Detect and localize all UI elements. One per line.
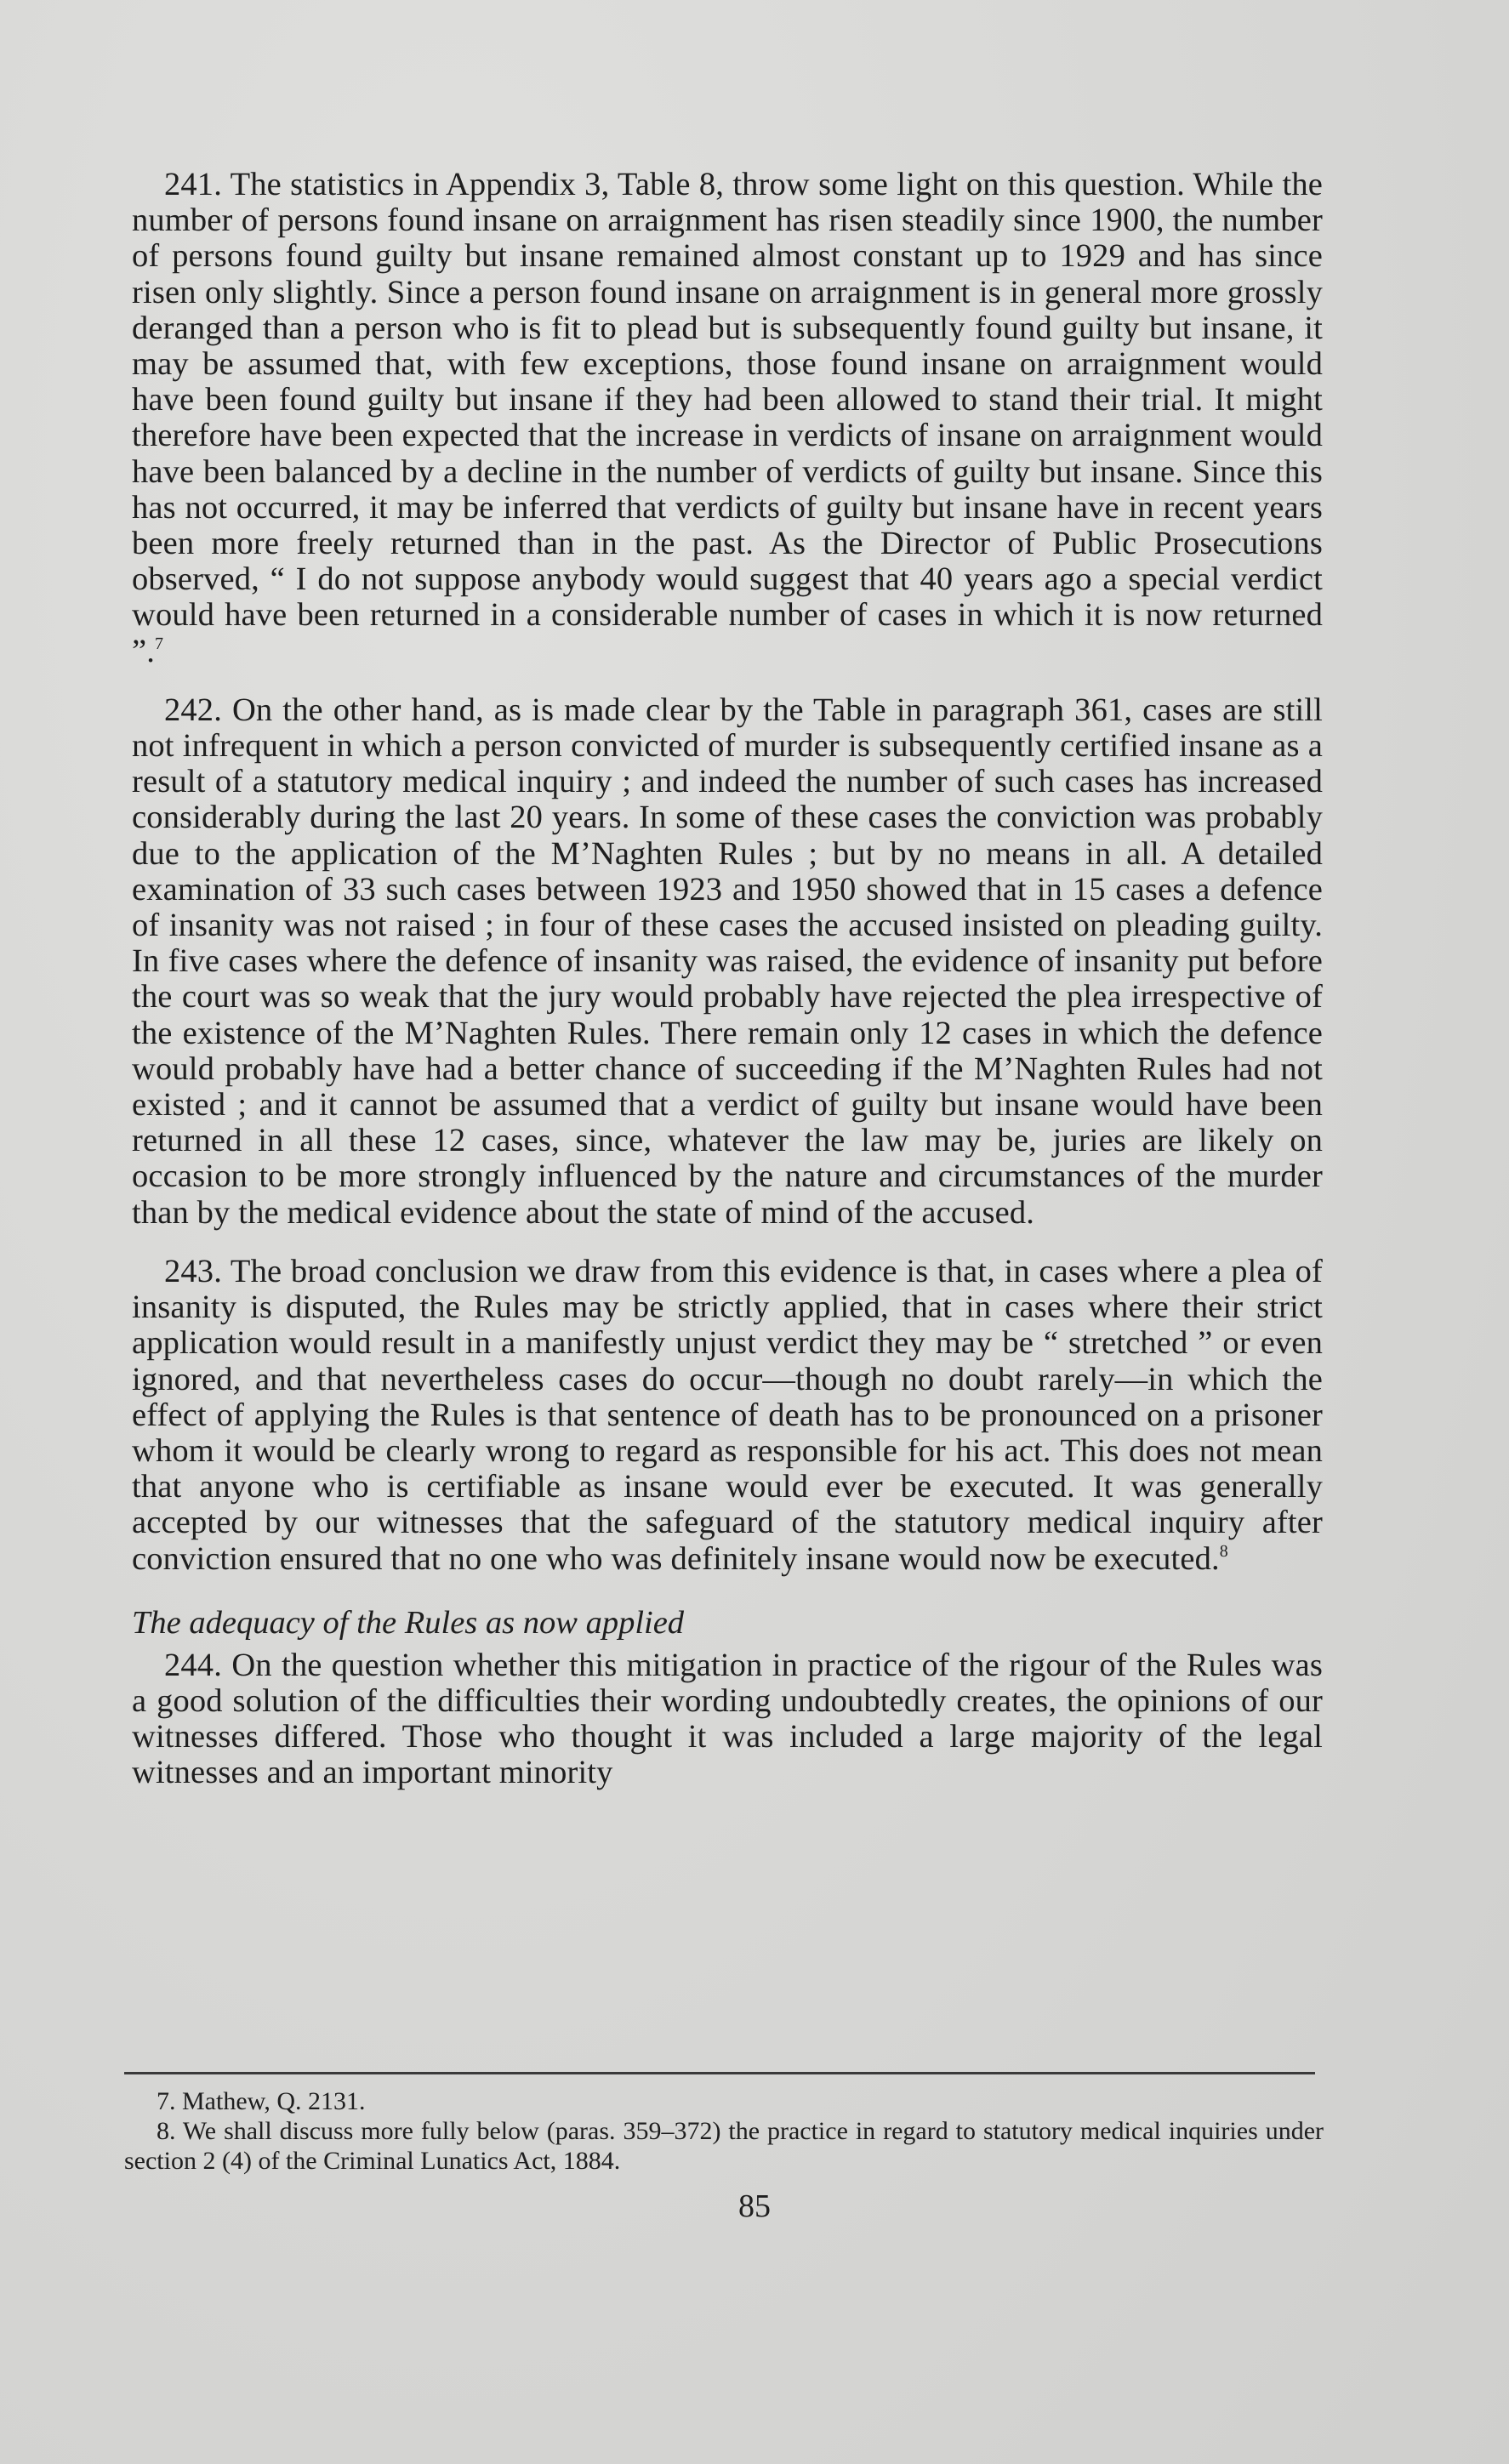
paragraph-number: 243. [164,1254,222,1289]
footnote-8: 8. We shall discuss more fully below (pa… [124,2116,1324,2176]
paragraph-text: The broad conclusion we draw from this e… [132,1254,1323,1577]
paragraph-number: 244. [164,1647,222,1683]
footnote-7: 7. Mathew, Q. 2131. [124,2086,1324,2116]
paragraph-text: The statistics in Appendix 3, Table 8, t… [132,167,1323,669]
paragraph-242: 242. On the other hand, as is made clear… [132,692,1323,1231]
footnote-ref: 8 [1220,1542,1228,1561]
paragraph-243: 243. The broad conclusion we draw from t… [132,1254,1323,1577]
paragraph-244: 244. On the question whether this mitiga… [132,1647,1323,1791]
paragraph-number: 242. [164,692,222,728]
footnote-divider [124,2072,1315,2074]
footnote-ref: 7 [155,634,163,653]
footnotes: 7. Mathew, Q. 2131. 8. We shall discuss … [124,2086,1324,2176]
paragraph-text: On the other hand, as is made clear by t… [132,692,1323,1231]
paragraph-text: On the question whether this mitigation … [132,1647,1323,1791]
page-number: 85 [0,2188,1509,2225]
section-heading: The adequacy of the Rules as now applied [132,1605,1323,1641]
paragraph-number: 241. [164,167,222,202]
page-body: 241. The statistics in Appendix 3, Table… [132,167,1323,1814]
paragraph-241: 241. The statistics in Appendix 3, Table… [132,167,1323,669]
